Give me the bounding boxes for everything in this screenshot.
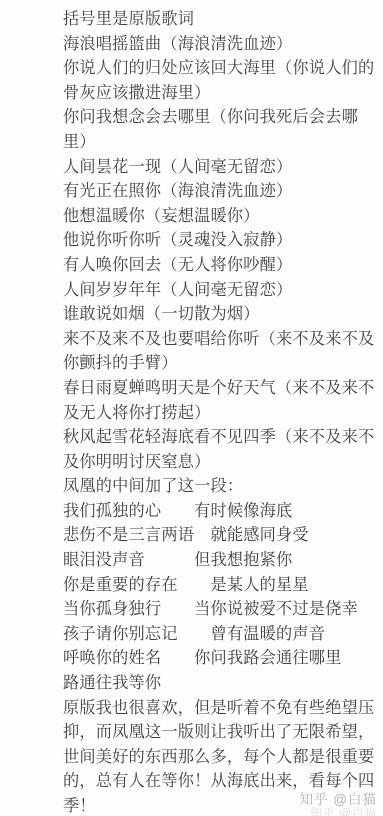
text-line: 原版我也很喜欢，但是听着不免有些绝望压 <box>63 696 375 721</box>
text-line: 有光正在照你（海浪清洗血迹） <box>63 179 375 204</box>
text-line: 你是重要的存在 是某人的星星 <box>63 573 375 598</box>
text-line: 抑，而凤凰这一版则让我听出了无限希望， <box>63 720 375 745</box>
text-line: 他说你听你听（灵魂没入寂静） <box>63 228 375 253</box>
text-line: 及无人将你打捞起） <box>63 401 375 426</box>
text-line: 你说人们的归处应该回大海里（你说人们的 <box>63 56 375 81</box>
text-line: 当你孤身独行 当你说被爱不过是侥幸 <box>63 597 375 622</box>
lyrics-text-block: 括号里是原版歌词海浪唱摇篮曲（海浪清洗血迹）你说人们的归处应该回大海里（你说人们… <box>0 0 383 816</box>
text-line: 的，总有人在等你！从海底出来，看每个四 <box>63 769 375 794</box>
text-line: 路通往我等你 <box>63 671 375 696</box>
text-line: 有人唤你回去（无人将你吵醒） <box>63 253 375 278</box>
text-line: 孩子请你别忘记 曾有温暖的声音 <box>63 622 375 647</box>
text-line: 季！ <box>63 794 375 816</box>
text-line: 春日雨夏蝉鸣明天是个好天气（来不及来不 <box>63 376 375 401</box>
text-line: 秋风起雪花轻海底看不见四季（来不及来不 <box>63 425 375 450</box>
text-line: 人间岁岁年年（人间毫无留恋） <box>63 278 375 303</box>
text-line: 他想温暖你（妄想温暖你） <box>63 204 375 229</box>
text-line: 括号里是原版歌词 <box>63 7 375 32</box>
text-line: 人间昙花一现（人间毫无留恋） <box>63 155 375 180</box>
text-line: 来不及来不及也要唱给你听（来不及来不及 <box>63 327 375 352</box>
text-line: 世间美好的东西那么多，每个人都是很重要 <box>63 745 375 770</box>
text-line: 我们孤独的心 有时候像海底 <box>63 499 375 524</box>
text-line: 海浪唱摇篮曲（海浪清洗血迹） <box>63 32 375 57</box>
text-line: 呼唤你的姓名 你问我路会通往哪里 <box>63 646 375 671</box>
text-line: 谁敢说如烟（一切散为烟） <box>63 302 375 327</box>
text-line: 眼泪没声音 但我想抱紧你 <box>63 548 375 573</box>
text-line: 里） <box>63 130 375 155</box>
text-line: 你问我想念会去哪里（你问我死后会去哪 <box>63 105 375 130</box>
text-line: 及你明明讨厌窒息） <box>63 450 375 475</box>
text-line: 你颤抖的手臂） <box>63 351 375 376</box>
text-line: 悲伤不是三言两语 就能感同身受 <box>63 523 375 548</box>
text-line: 凤凰的中间加了这一段： <box>63 474 375 499</box>
text-line: 骨灰应该撒进海里） <box>63 81 375 106</box>
